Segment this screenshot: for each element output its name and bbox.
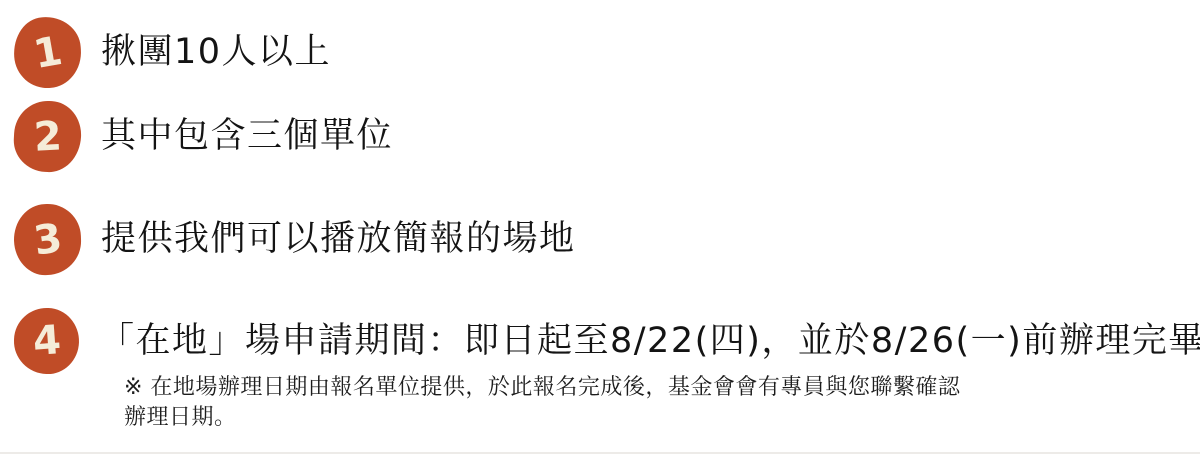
- step-number: 1: [30, 30, 64, 74]
- step-label: 其中包含三個單位: [101, 117, 393, 156]
- step-item-2: 2 其中包含三個單位: [14, 101, 393, 172]
- step-label: 提供我們可以播放簡報的場地: [101, 220, 576, 259]
- steps-panel: 1 揪團10人以上 2 其中包含三個單位 3 提供我們可以播放簡報的場地 4 「…: [0, 0, 1200, 456]
- step-4-footnote: ※ 在地場辦理日期由報名單位提供，於此報名完成後，基金會會有專員與您聯繫確認 辦…: [124, 373, 960, 433]
- step-3-number-badge: 3: [13, 203, 82, 276]
- step-item-3: 3 提供我們可以播放簡報的場地: [14, 204, 576, 275]
- step-number: 4: [31, 320, 62, 362]
- step-4-number-badge: 4: [13, 307, 80, 375]
- step-1-number-badge: 1: [12, 15, 84, 91]
- footnote-line-2: 辦理日期。: [124, 403, 960, 433]
- step-label: 揪團10人以上: [101, 33, 331, 72]
- step-item-1: 1 揪團10人以上: [14, 17, 331, 88]
- footnote-line-1: ※ 在地場辦理日期由報名單位提供，於此報名完成後，基金會會有專員與您聯繫確認: [124, 373, 960, 403]
- step-number: 2: [33, 116, 63, 157]
- step-label: 「在地」場申請期間：即日起至8/22(四)，並於8/26(一)前辦理完畢。: [99, 322, 1200, 361]
- step-item-4: 4 「在地」場申請期間：即日起至8/22(四)，並於8/26(一)前辦理完畢。: [14, 308, 1200, 374]
- step-2-number-badge: 2: [12, 99, 83, 173]
- step-number: 3: [31, 218, 64, 261]
- bottom-divider: [0, 452, 1200, 454]
